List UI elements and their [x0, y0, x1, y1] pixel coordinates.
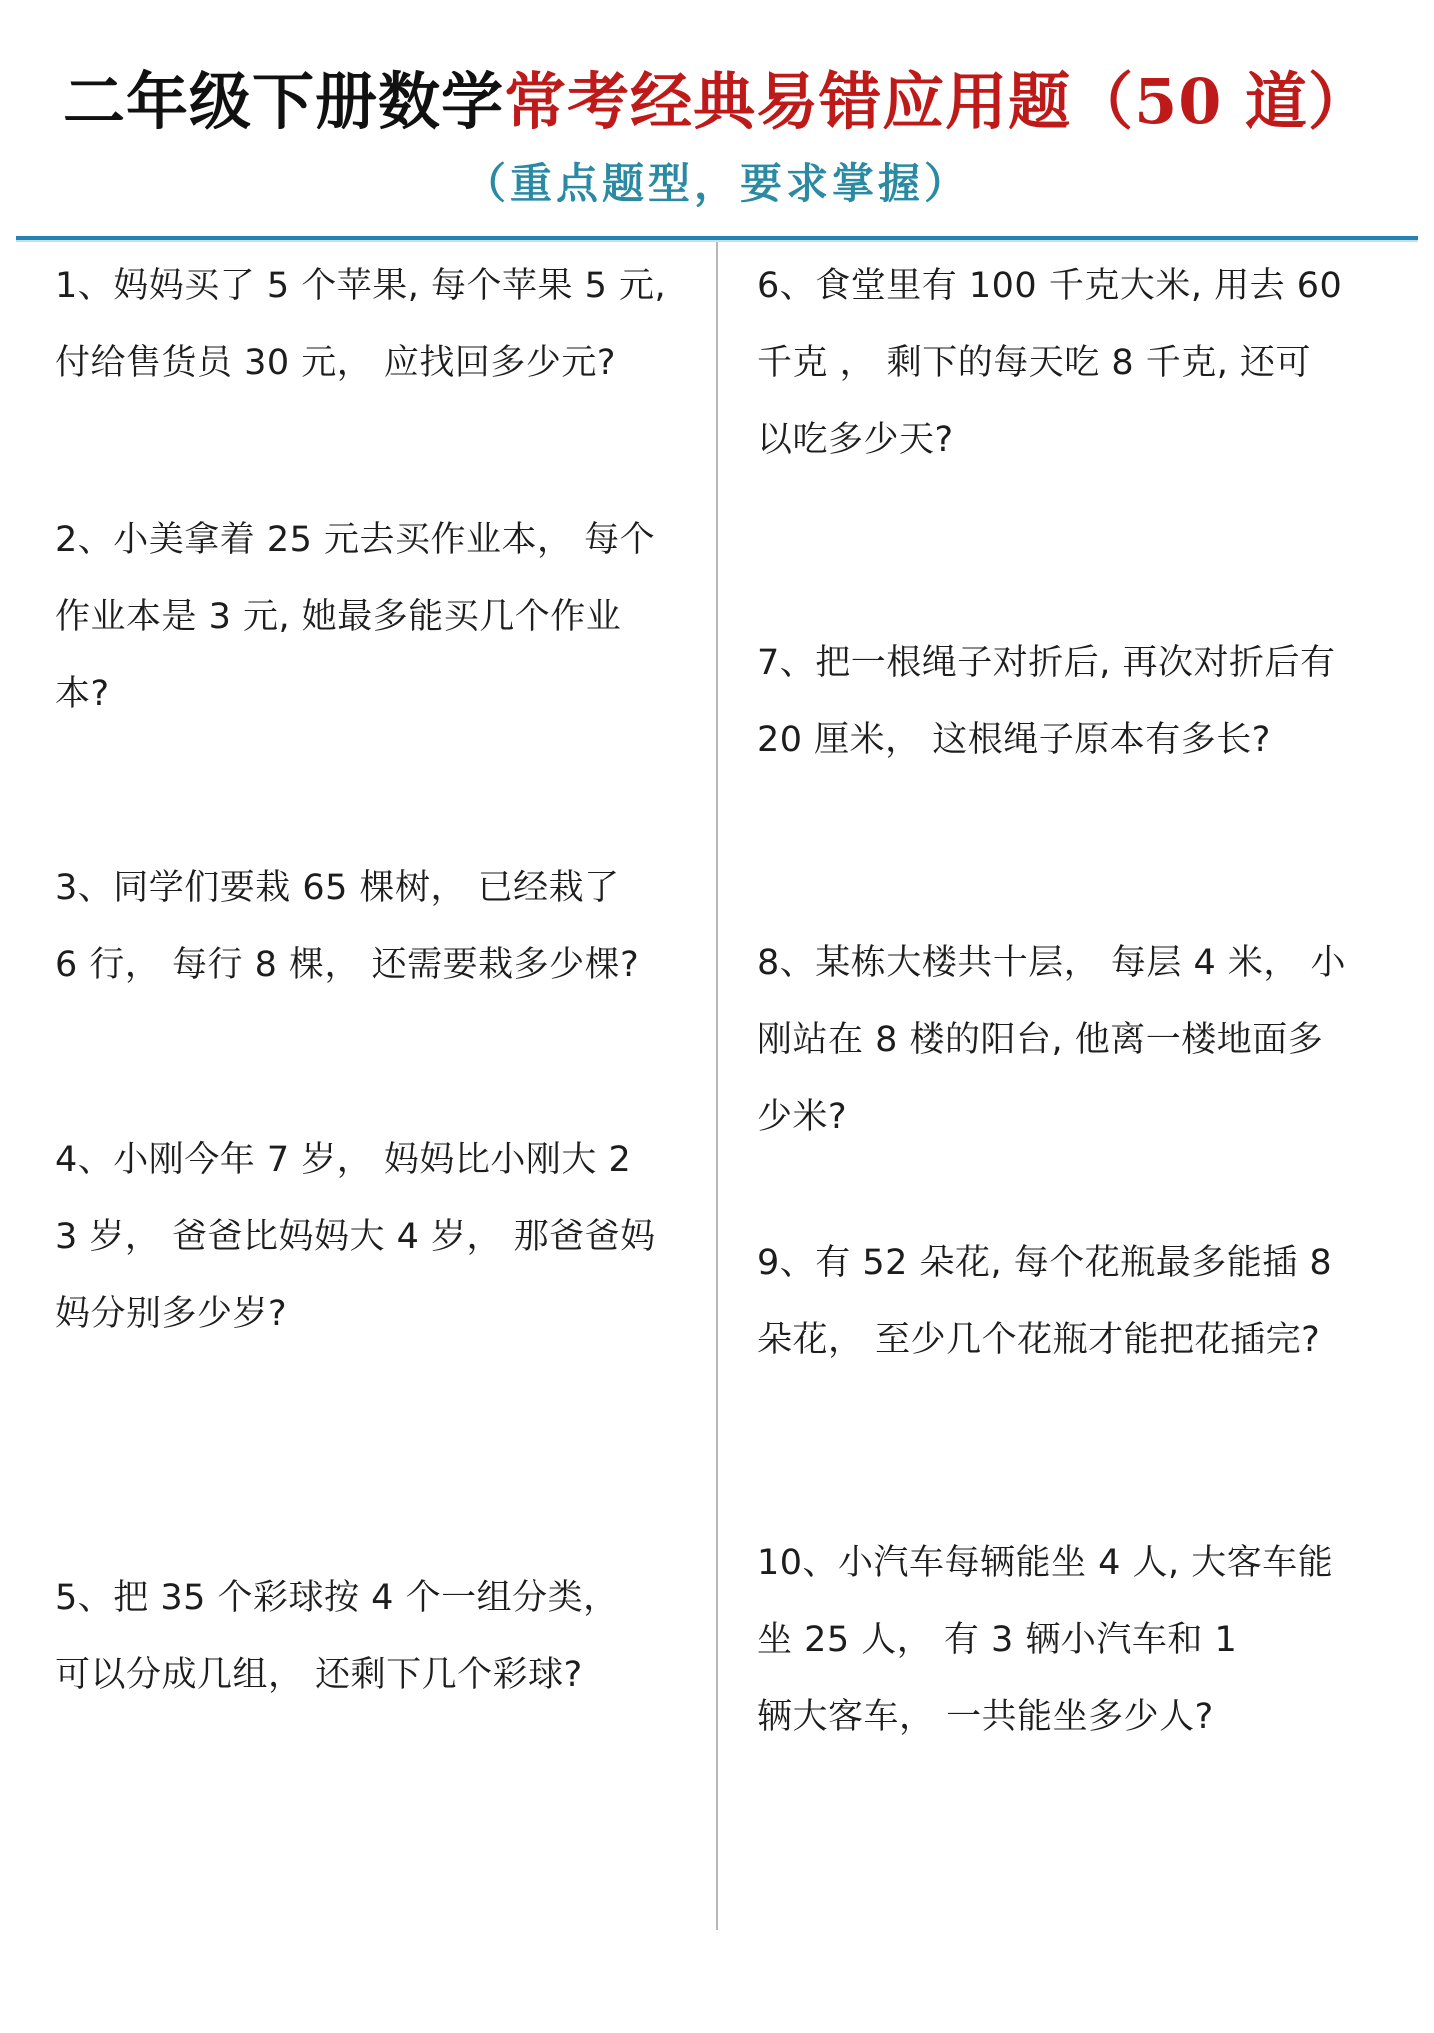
problem-3: 3、同学们要栽 65 棵树， 已经栽了 6 行， 每行 8 棵， 还需要栽多少棵… — [55, 850, 699, 1004]
title-topic-part: 常考经典易错应用题（50 道） — [504, 65, 1371, 138]
problem-7: 7、把一根绳子对折后, 再次对折后有 20 厘米， 这根绳子原本有多长? — [757, 625, 1410, 779]
problem-1: 1、妈妈买了 5 个苹果, 每个苹果 5 元, 付给售货员 30 元， 应找回多… — [55, 248, 699, 402]
problem-5: 5、把 35 个彩球按 4 个一组分类， 可以分成几组， 还剩下几个彩球? — [55, 1560, 699, 1714]
problems-area: 1、妈妈买了 5 个苹果, 每个苹果 5 元, 付给售货员 30 元， 应找回多… — [0, 242, 1434, 1756]
problem-4: 4、小刚今年 7 岁， 妈妈比小刚大 2 3 岁， 爸爸比妈妈大 4 岁， 那爸… — [55, 1122, 699, 1353]
problem-8: 8、某栋大楼共十层， 每层 4 米， 小 刚站在 8 楼的阳台, 他离一楼地面多… — [757, 925, 1410, 1156]
problem-2: 2、小美拿着 25 元去买作业本， 每个 作业本是 3 元, 她最多能买几个作业… — [55, 502, 699, 733]
worksheet-page: 二年级下册数学常考经典易错应用题（50 道） （重点题型，要求掌握） 1、妈妈买… — [0, 0, 1434, 2033]
page-title: 二年级下册数学常考经典易错应用题（50 道） — [0, 60, 1434, 144]
problem-6: 6、食堂里有 100 千克大米, 用去 60 千克 ， 剩下的每天吃 8 千克,… — [757, 248, 1410, 479]
worksheet-header: 二年级下册数学常考经典易错应用题（50 道） （重点题型，要求掌握） — [0, 0, 1434, 212]
left-column: 1、妈妈买了 5 个苹果, 每个苹果 5 元, 付给售货员 30 元， 应找回多… — [0, 242, 717, 1714]
problem-9: 9、有 52 朵花, 每个花瓶最多能插 8 朵花， 至少几个花瓶才能把花插完? — [757, 1225, 1410, 1379]
page-subtitle: （重点题型，要求掌握） — [0, 156, 1434, 212]
column-divider — [716, 242, 718, 1930]
title-grade-part: 二年级下册数学 — [63, 65, 504, 138]
right-column: 6、食堂里有 100 千克大米, 用去 60 千克 ， 剩下的每天吃 8 千克,… — [717, 242, 1434, 1756]
problem-10: 10、小汽车每辆能坐 4 人, 大客车能 坐 25 人， 有 3 辆小汽车和 1… — [757, 1525, 1410, 1756]
